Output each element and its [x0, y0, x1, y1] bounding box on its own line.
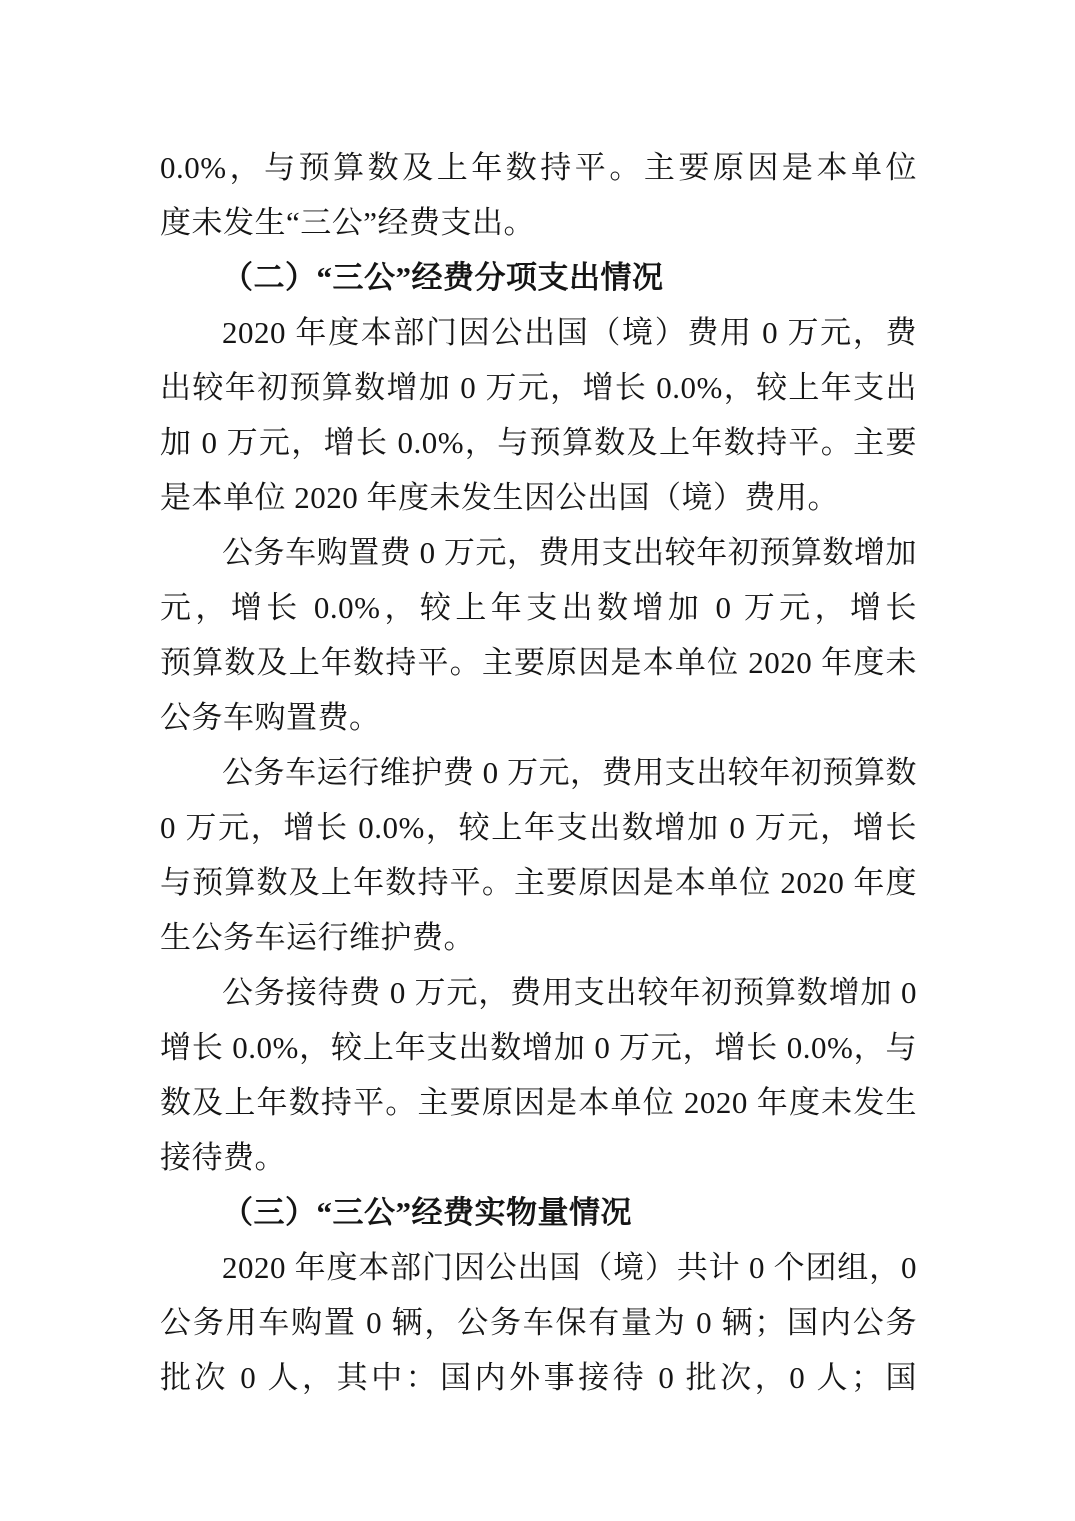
body-text-line: 出较年初预算数增加 0 万元，增长 0.0%，较上年支出数增: [160, 360, 917, 415]
body-text-line: 预算数及上年数持平。主要原因是本单位 2020 年度未发生: [160, 635, 917, 690]
body-text-line: 公务车运行维护费 0 万元，费用支出较年初预算数增加: [160, 745, 917, 800]
body-text-line: 0.0%，与预算数及上年数持平。主要原因是本单位 2020 年: [160, 140, 917, 195]
body-text-line: 公务车购置费。: [160, 690, 917, 745]
document-page: 0.0%，与预算数及上年数持平。主要原因是本单位 2020 年 度未发生“三公”…: [0, 0, 1075, 1521]
body-text-line: 数及上年数持平。主要原因是本单位 2020 年度未发生公务: [160, 1075, 917, 1130]
body-text-line: 生公务车运行维护费。: [160, 910, 917, 965]
body-text-line: 加 0 万元，增长 0.0%，与预算数及上年数持平。主要原因: [160, 415, 917, 470]
body-text-line: 增长 0.0%，较上年支出数增加 0 万元，增长 0.0%，与预算: [160, 1020, 917, 1075]
body-text-line: 度未发生“三公”经费支出。: [160, 195, 917, 250]
body-text-line: 公务用车购置 0 辆，公务车保有量为 0 辆；国内公务接待 0: [160, 1295, 917, 1350]
section-heading-2: （二）“三公”经费分项支出情况: [160, 250, 917, 305]
body-text-line: 接待费。: [160, 1130, 917, 1185]
document-text-block: 0.0%，与预算数及上年数持平。主要原因是本单位 2020 年 度未发生“三公”…: [160, 140, 917, 1405]
body-text-line: 与预算数及上年数持平。主要原因是本单位 2020 年度未发: [160, 855, 917, 910]
body-text-line: 是本单位 2020 年度未发生因公出国（境）费用。: [160, 470, 917, 525]
body-text-line: 0 万元，增长 0.0%，较上年支出数增加 0 万元，增长 0.0%，: [160, 800, 917, 855]
body-text-line: 元，增长 0.0%，较上年支出数增加 0 万元，增长 0.0%，与: [160, 580, 917, 635]
body-text-line: 2020 年度本部门因公出国（境）共计 0 个团组，0 人；: [160, 1240, 917, 1295]
body-text-line: 批次 0 人，其中：国内外事接待 0 批次，0 人；国（境）外: [160, 1350, 917, 1405]
body-text-line: 2020 年度本部门因公出国（境）费用 0 万元，费用支: [160, 305, 917, 360]
body-text-line: 公务车购置费 0 万元，费用支出较年初预算数增加 0 万: [160, 525, 917, 580]
body-text-line: 公务接待费 0 万元，费用支出较年初预算数增加 0 万元，: [160, 965, 917, 1020]
section-heading-3: （三）“三公”经费实物量情况: [160, 1185, 917, 1240]
